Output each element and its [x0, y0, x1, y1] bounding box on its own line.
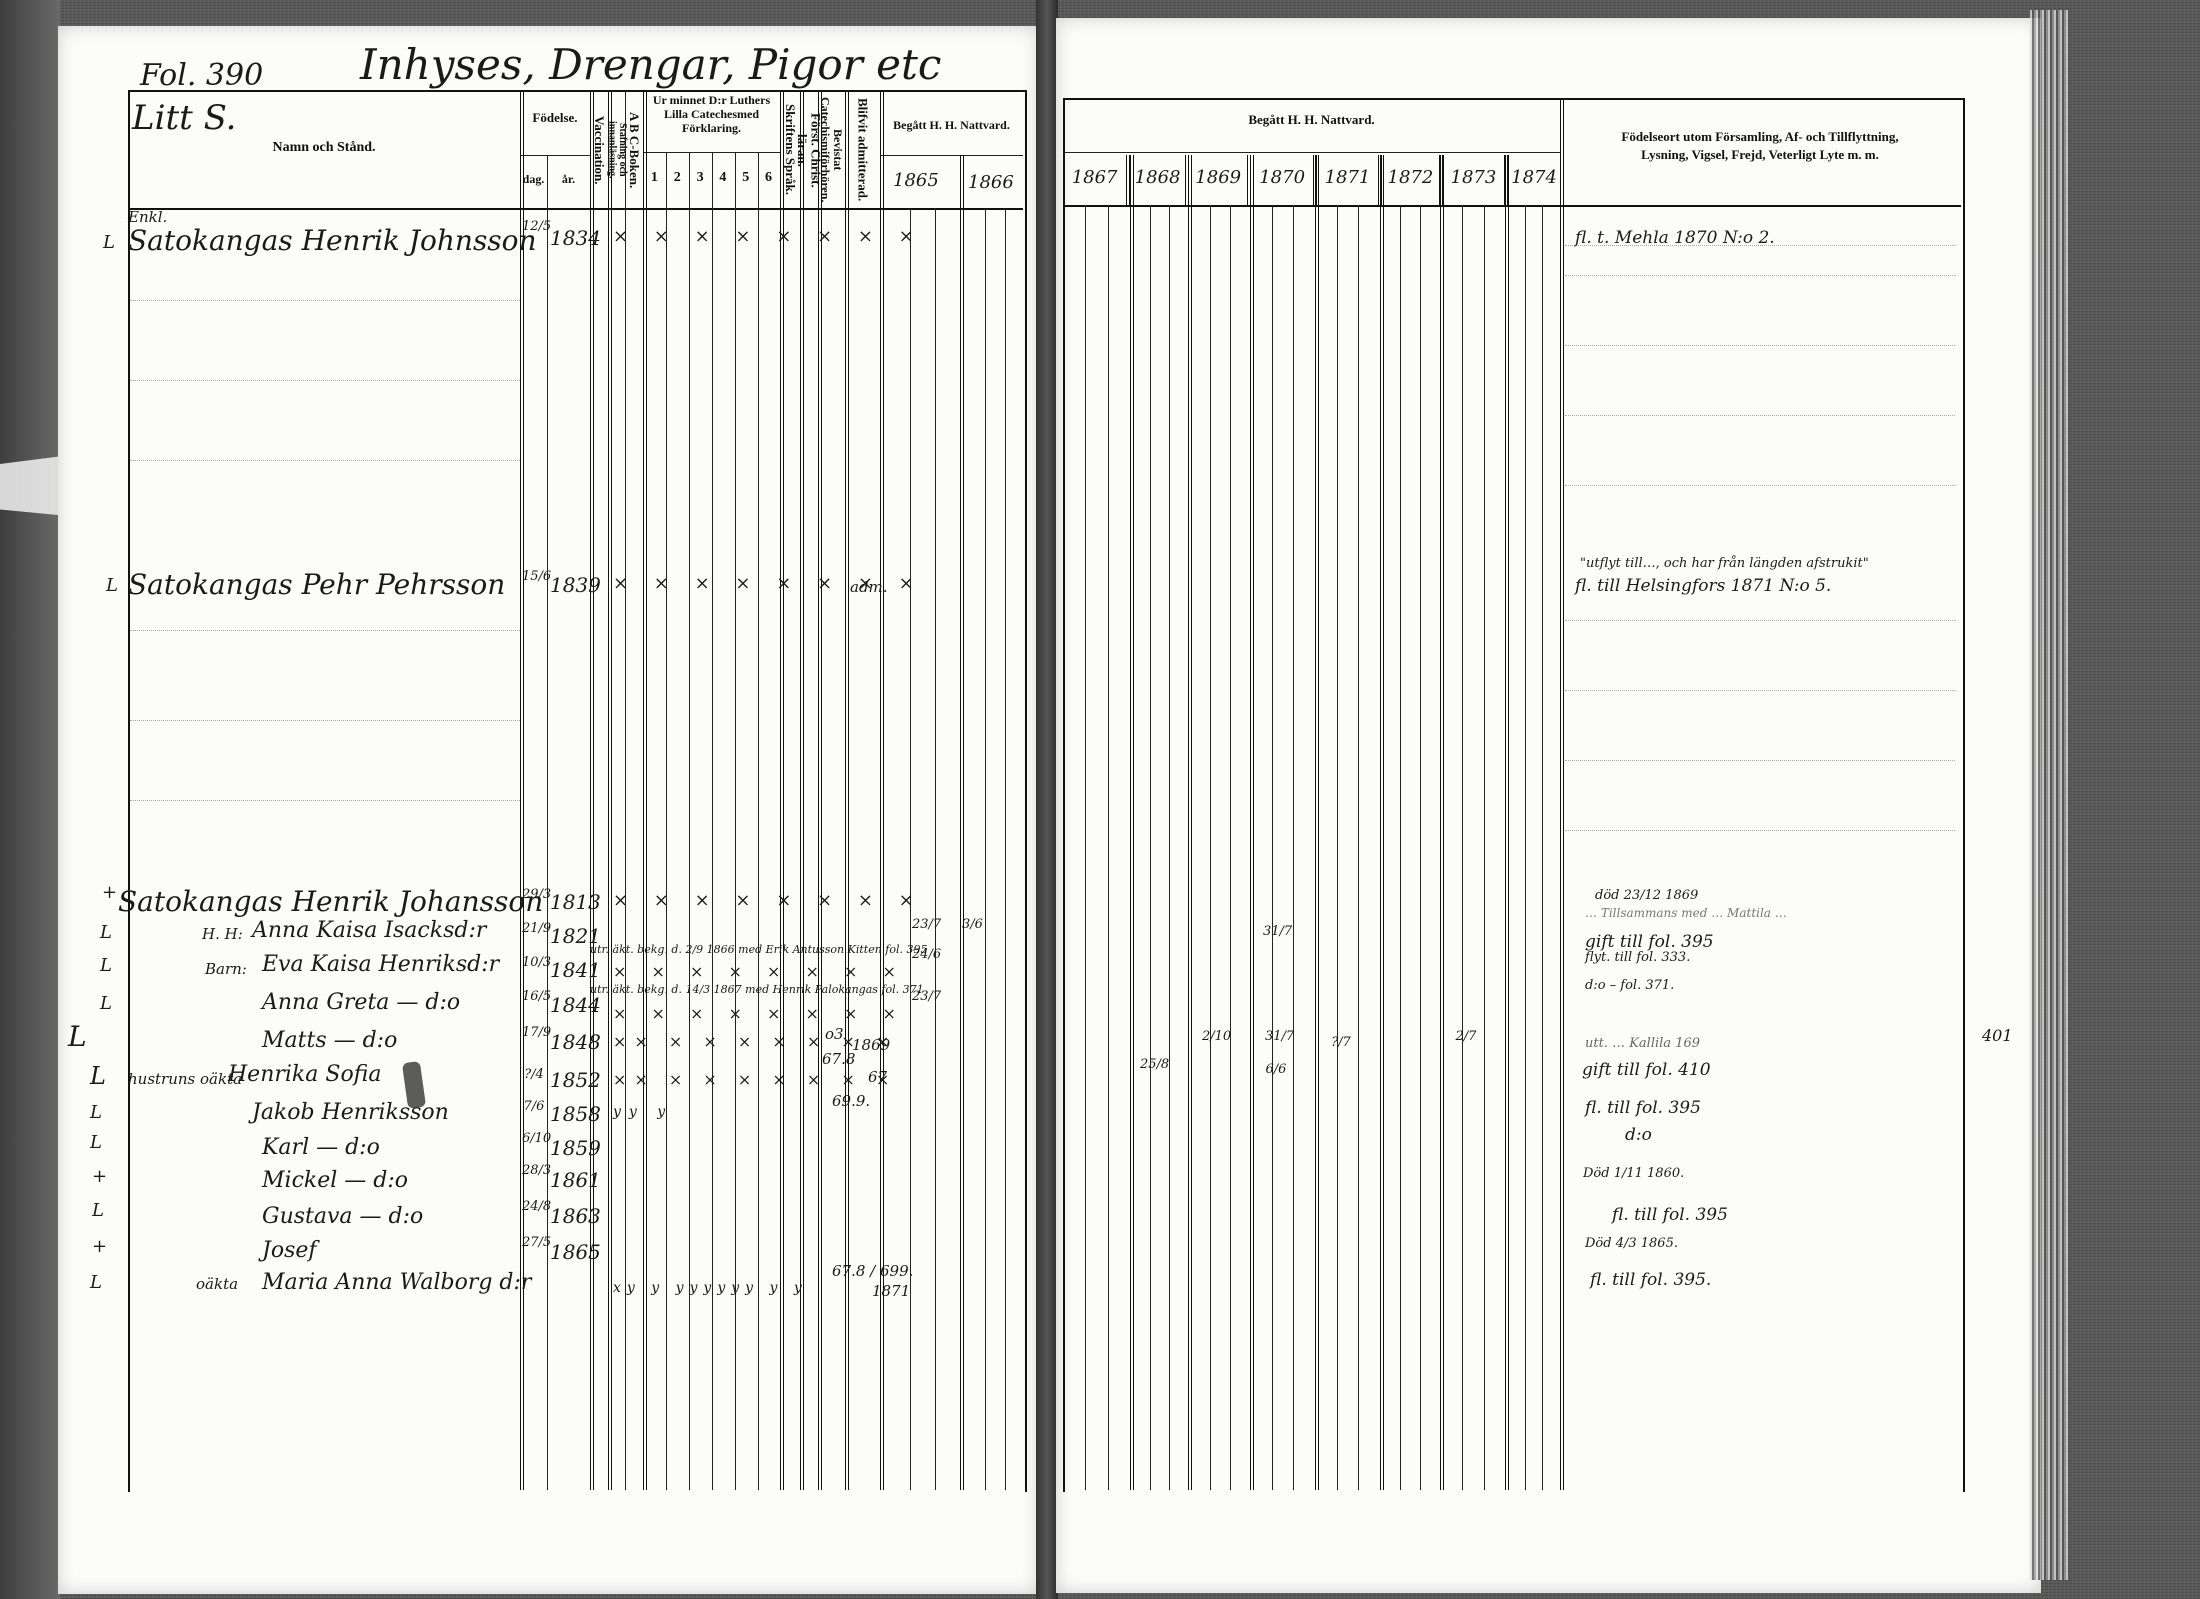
remark: gift till fol. 410: [1582, 1060, 1711, 1080]
rule: [1400, 205, 1401, 1490]
remark: fl. till Helsingfors 1871 N:o 5.: [1575, 576, 1831, 596]
rule: [1358, 205, 1359, 1490]
rule: [1525, 205, 1526, 1490]
communion-mark: 2/7: [1455, 1030, 1477, 1043]
rule: [1272, 205, 1273, 1490]
remark: gift till fol. 395: [1585, 932, 1714, 952]
communion-mark: ?/7: [1330, 1036, 1352, 1049]
catechism-num: 5: [734, 170, 757, 186]
header-communion-right: Begått H. H. Nattvard.: [1063, 112, 1560, 128]
remark: d:o – fol. 371.: [1585, 978, 1674, 993]
catechism-marks: × × × × × × × ×: [613, 1004, 906, 1023]
margin-mark: L: [90, 1062, 106, 1090]
birth-day: 10/3: [522, 956, 546, 969]
rule: [1150, 205, 1151, 1490]
person-name: Satokangas Henrik Johnsson: [128, 224, 537, 257]
catechism-num: 4: [711, 170, 734, 186]
person-name: Anna Greta — d:o: [262, 990, 460, 1015]
margin-mark: +: [92, 1166, 107, 1187]
rule: [608, 90, 612, 1490]
birth-year: 1841: [550, 958, 601, 982]
birth-day: 29/3: [522, 888, 546, 901]
birth-day: 28/3: [522, 1164, 546, 1177]
rule: [985, 208, 986, 1490]
header-year-1871: 1871: [1317, 155, 1382, 205]
communion-subdivider: [1063, 152, 1560, 153]
communion-1865: 23/7: [912, 918, 932, 931]
margin-mark: L: [92, 1200, 104, 1221]
header-year-1869: 1869: [1189, 155, 1252, 205]
rule: [1560, 98, 1564, 1490]
birth-year: 1865: [550, 1240, 601, 1264]
remark: … Tillsammans med … Mattila …: [1585, 906, 1787, 920]
rule: [1505, 155, 1509, 1490]
header-year-1865: 1865: [893, 170, 939, 191]
ruled-line: [1565, 415, 1955, 416]
rule: [1380, 155, 1384, 1490]
birth-day: 16/5: [522, 990, 546, 1003]
person-name: Josef: [262, 1238, 317, 1263]
ruled-line: [1565, 690, 1955, 691]
rule: [960, 155, 964, 1490]
person-name: Anna Kaisa Isacksd:r: [252, 918, 486, 943]
catechism-marks: × × × × × × × ×: [613, 890, 924, 911]
remark: 401: [1982, 1026, 2013, 1045]
birth-year: 1848: [550, 1030, 601, 1054]
person-name: Gustava — d:o: [262, 1204, 423, 1229]
birth-year: 1813: [550, 890, 601, 914]
birth-year: 1844: [550, 993, 601, 1017]
birth-year: 1861: [550, 1168, 601, 1192]
exams-value: 67.8: [822, 1050, 855, 1068]
header-birth-day: dag.: [520, 172, 547, 187]
margin-mark: L: [103, 232, 115, 253]
admitted-year: 1871: [872, 1282, 910, 1300]
rule: [1210, 205, 1211, 1490]
rule: [1169, 205, 1170, 1490]
rule: [1440, 155, 1444, 1490]
birth-year: 1839: [550, 573, 601, 597]
exams-value: 67.8 / 699.: [832, 1262, 913, 1280]
row-prefix: hustruns oäkta: [128, 1070, 242, 1088]
right-register-table: [1063, 98, 1965, 1492]
header-year-1868: 1868: [1130, 155, 1189, 205]
remark: Död 4/3 1865.: [1585, 1236, 1678, 1251]
margin-mark: L: [90, 1132, 102, 1153]
rule: [1085, 205, 1086, 1490]
row-prefix: H. H:: [202, 925, 243, 943]
remark: d:o: [1625, 1125, 1652, 1145]
annotation-note: utr. äkt. bekg. d. 14/3 1867 med Henrik …: [590, 983, 924, 996]
admitted-year: 1869: [852, 1036, 890, 1054]
birth-year: 1863: [550, 1204, 601, 1228]
birth-day: 7/6: [522, 1100, 546, 1113]
catechism-num: 2: [666, 170, 689, 186]
communion-1865: 24/6: [912, 948, 932, 961]
ruled-line: [130, 380, 520, 381]
header-year-1867: 1867: [1063, 155, 1130, 205]
person-name: Satokangas Pehr Pehrsson: [128, 568, 505, 601]
rule: [845, 90, 849, 1490]
communion-1866: 3/6: [962, 918, 982, 931]
header-catechism-exams: Bevistat Catechismiförhören.: [818, 95, 845, 205]
rule: [818, 90, 822, 1490]
rule: [1005, 208, 1006, 1490]
birth-day: 17/9: [522, 1026, 546, 1039]
margin-mark: L: [106, 575, 118, 596]
ruled-line: [1565, 275, 1955, 276]
rule: [1420, 205, 1421, 1490]
book-spine: [1036, 0, 1058, 1599]
communion-mark: 2/10: [1202, 1030, 1224, 1043]
communion-mark: 31/7: [1263, 925, 1285, 938]
birth-day: 24/8: [522, 1200, 546, 1213]
rule: [1188, 155, 1192, 1490]
birth-day: 27/5: [522, 1236, 546, 1249]
margin-mark: L: [100, 993, 112, 1014]
margin-mark: L: [90, 1272, 102, 1293]
rule: [1462, 205, 1463, 1490]
person-name: Eva Kaisa Henriksd:r: [262, 952, 499, 977]
margin-mark: L: [68, 1020, 87, 1053]
header-year-1873: 1873: [1443, 155, 1508, 205]
remark: fl. till fol. 395.: [1590, 1270, 1711, 1290]
rule: [590, 90, 594, 1490]
communion-subdivider: [880, 155, 1023, 156]
ruled-line: [130, 720, 520, 721]
place-heading: Litt S.: [132, 98, 236, 138]
birth-day: 6/10: [522, 1132, 546, 1145]
year-headers: 1867 1868 1869 1870 1871 1872 1873 1874: [1063, 155, 1560, 205]
birth-year: 1858: [550, 1102, 601, 1126]
admitted-mark: adm.: [850, 578, 888, 596]
page-title: Inhyses, Drengar, Pigor etc: [360, 40, 941, 89]
ruled-line: [1565, 760, 1955, 761]
rule: [547, 155, 548, 1490]
rule: [1337, 205, 1338, 1490]
person-name: Matts — d:o: [262, 1028, 397, 1053]
rule: [935, 208, 936, 1490]
rule: [1230, 205, 1231, 1490]
birth-subdivider: [520, 155, 590, 156]
remark: Död 1/11 1860.: [1583, 1166, 1684, 1181]
catechism-marks: × × × × × × × ×: [613, 962, 906, 981]
folio-number: Fol. 390: [140, 58, 263, 93]
header-year-1870: 1870: [1251, 155, 1316, 205]
header-year-1874: 1874: [1508, 155, 1560, 205]
exams-value: 69.9.: [832, 1092, 870, 1110]
ruled-line: [130, 460, 520, 461]
remark: flyt. till fol. 333.: [1585, 950, 1690, 965]
header-year-1872: 1872: [1382, 155, 1443, 205]
margin-mark: L: [100, 955, 112, 976]
catechism-marks: yy y: [613, 1104, 673, 1120]
scan-background-left: [0, 0, 60, 1599]
row-prefix: Barn:: [205, 960, 247, 978]
header-birth-year: år.: [547, 172, 590, 187]
remark: fl. till fol. 395: [1612, 1205, 1728, 1225]
header-remarks: Födelseort utom Församling, Af- och Till…: [1600, 128, 1920, 164]
catechism-marks: × × × × × × × ×: [613, 226, 924, 247]
remark: fl. till fol. 395: [1585, 1098, 1701, 1118]
ruled-line: [130, 800, 520, 801]
remark: fl. t. Mehla 1870 N:o 2.: [1575, 228, 1775, 248]
ruled-line: [130, 630, 520, 631]
page-edges: [2030, 10, 2070, 1580]
rule: [1484, 205, 1485, 1490]
admitted-year: 67: [868, 1068, 887, 1086]
margin-mark: +: [102, 882, 117, 903]
person-name: Maria Anna Walborg d:r: [262, 1270, 531, 1295]
ruled-line: [1565, 485, 1955, 486]
catechism-marks: ×× × × × × × × ×: [613, 1070, 897, 1089]
birth-year: 1859: [550, 1136, 601, 1160]
birth-year: 1852: [550, 1068, 601, 1092]
catechism-num: 6: [757, 170, 780, 186]
rule: [880, 90, 884, 1490]
person-name: Mickel — d:o: [262, 1168, 408, 1193]
row-prefix: oäkta: [196, 1275, 238, 1293]
remark: död 23/12 1869: [1595, 888, 1698, 903]
header-birth: Födelse.: [520, 110, 590, 126]
communion-mark: 6/6: [1265, 1063, 1287, 1076]
remark: "utflyt till…, och har från längden afst…: [1580, 556, 1869, 571]
header-communion-left: Begått H. H. Nattvard.: [880, 118, 1023, 133]
ruled-line: [130, 300, 520, 301]
remark: utt. … Kallila 169: [1585, 1036, 1700, 1051]
header-year-1866: 1866: [968, 172, 1014, 193]
header-catechism: Ur minnet D:r Luthers Lilla Catechesmed …: [643, 93, 780, 135]
birth-day: ?/4: [522, 1068, 546, 1081]
header-divider: [128, 208, 1023, 210]
rule: [1250, 155, 1254, 1490]
margin-mark: L: [90, 1102, 102, 1123]
person-name: Satokangas Henrik Johansson: [118, 885, 543, 918]
rule: [1108, 205, 1109, 1490]
exams-value: o3: [825, 1025, 844, 1043]
rule: [1130, 155, 1134, 1490]
header-admitted: Blifvit admitterad.: [845, 95, 880, 205]
person-name: Karl — d:o: [262, 1135, 380, 1160]
communion-mark: 25/8: [1140, 1058, 1162, 1071]
rule: [1542, 205, 1543, 1490]
communion-mark: 31/7: [1265, 1030, 1287, 1043]
person-name: Jakob Henriksson: [252, 1100, 449, 1125]
header-name: Namn och Stånd.: [128, 140, 520, 156]
birth-day: 21/9: [522, 922, 546, 935]
margin-mark: L: [100, 922, 112, 943]
catechism-num: 3: [689, 170, 712, 186]
person-name: Henrika Sofia: [228, 1062, 381, 1087]
header-abc: A B C-Boken.: [625, 95, 643, 205]
birth-day: 12/5: [522, 220, 546, 233]
birth-day: 15/6: [522, 570, 546, 583]
header-divider: [1063, 205, 1961, 207]
ruled-line: [1565, 830, 1955, 831]
margin-mark: +: [92, 1236, 107, 1257]
ruled-line: [1565, 345, 1955, 346]
annotation-note: utr. äkt. bekg. d. 2/9 1866 med Erik Ant…: [590, 943, 928, 956]
ruled-line: [1565, 620, 1955, 621]
catechism-marks: xy y yyyyyy y y: [613, 1280, 808, 1296]
birth-year: 1834: [550, 226, 601, 250]
rule: [1315, 155, 1319, 1490]
rule: [1293, 205, 1294, 1490]
